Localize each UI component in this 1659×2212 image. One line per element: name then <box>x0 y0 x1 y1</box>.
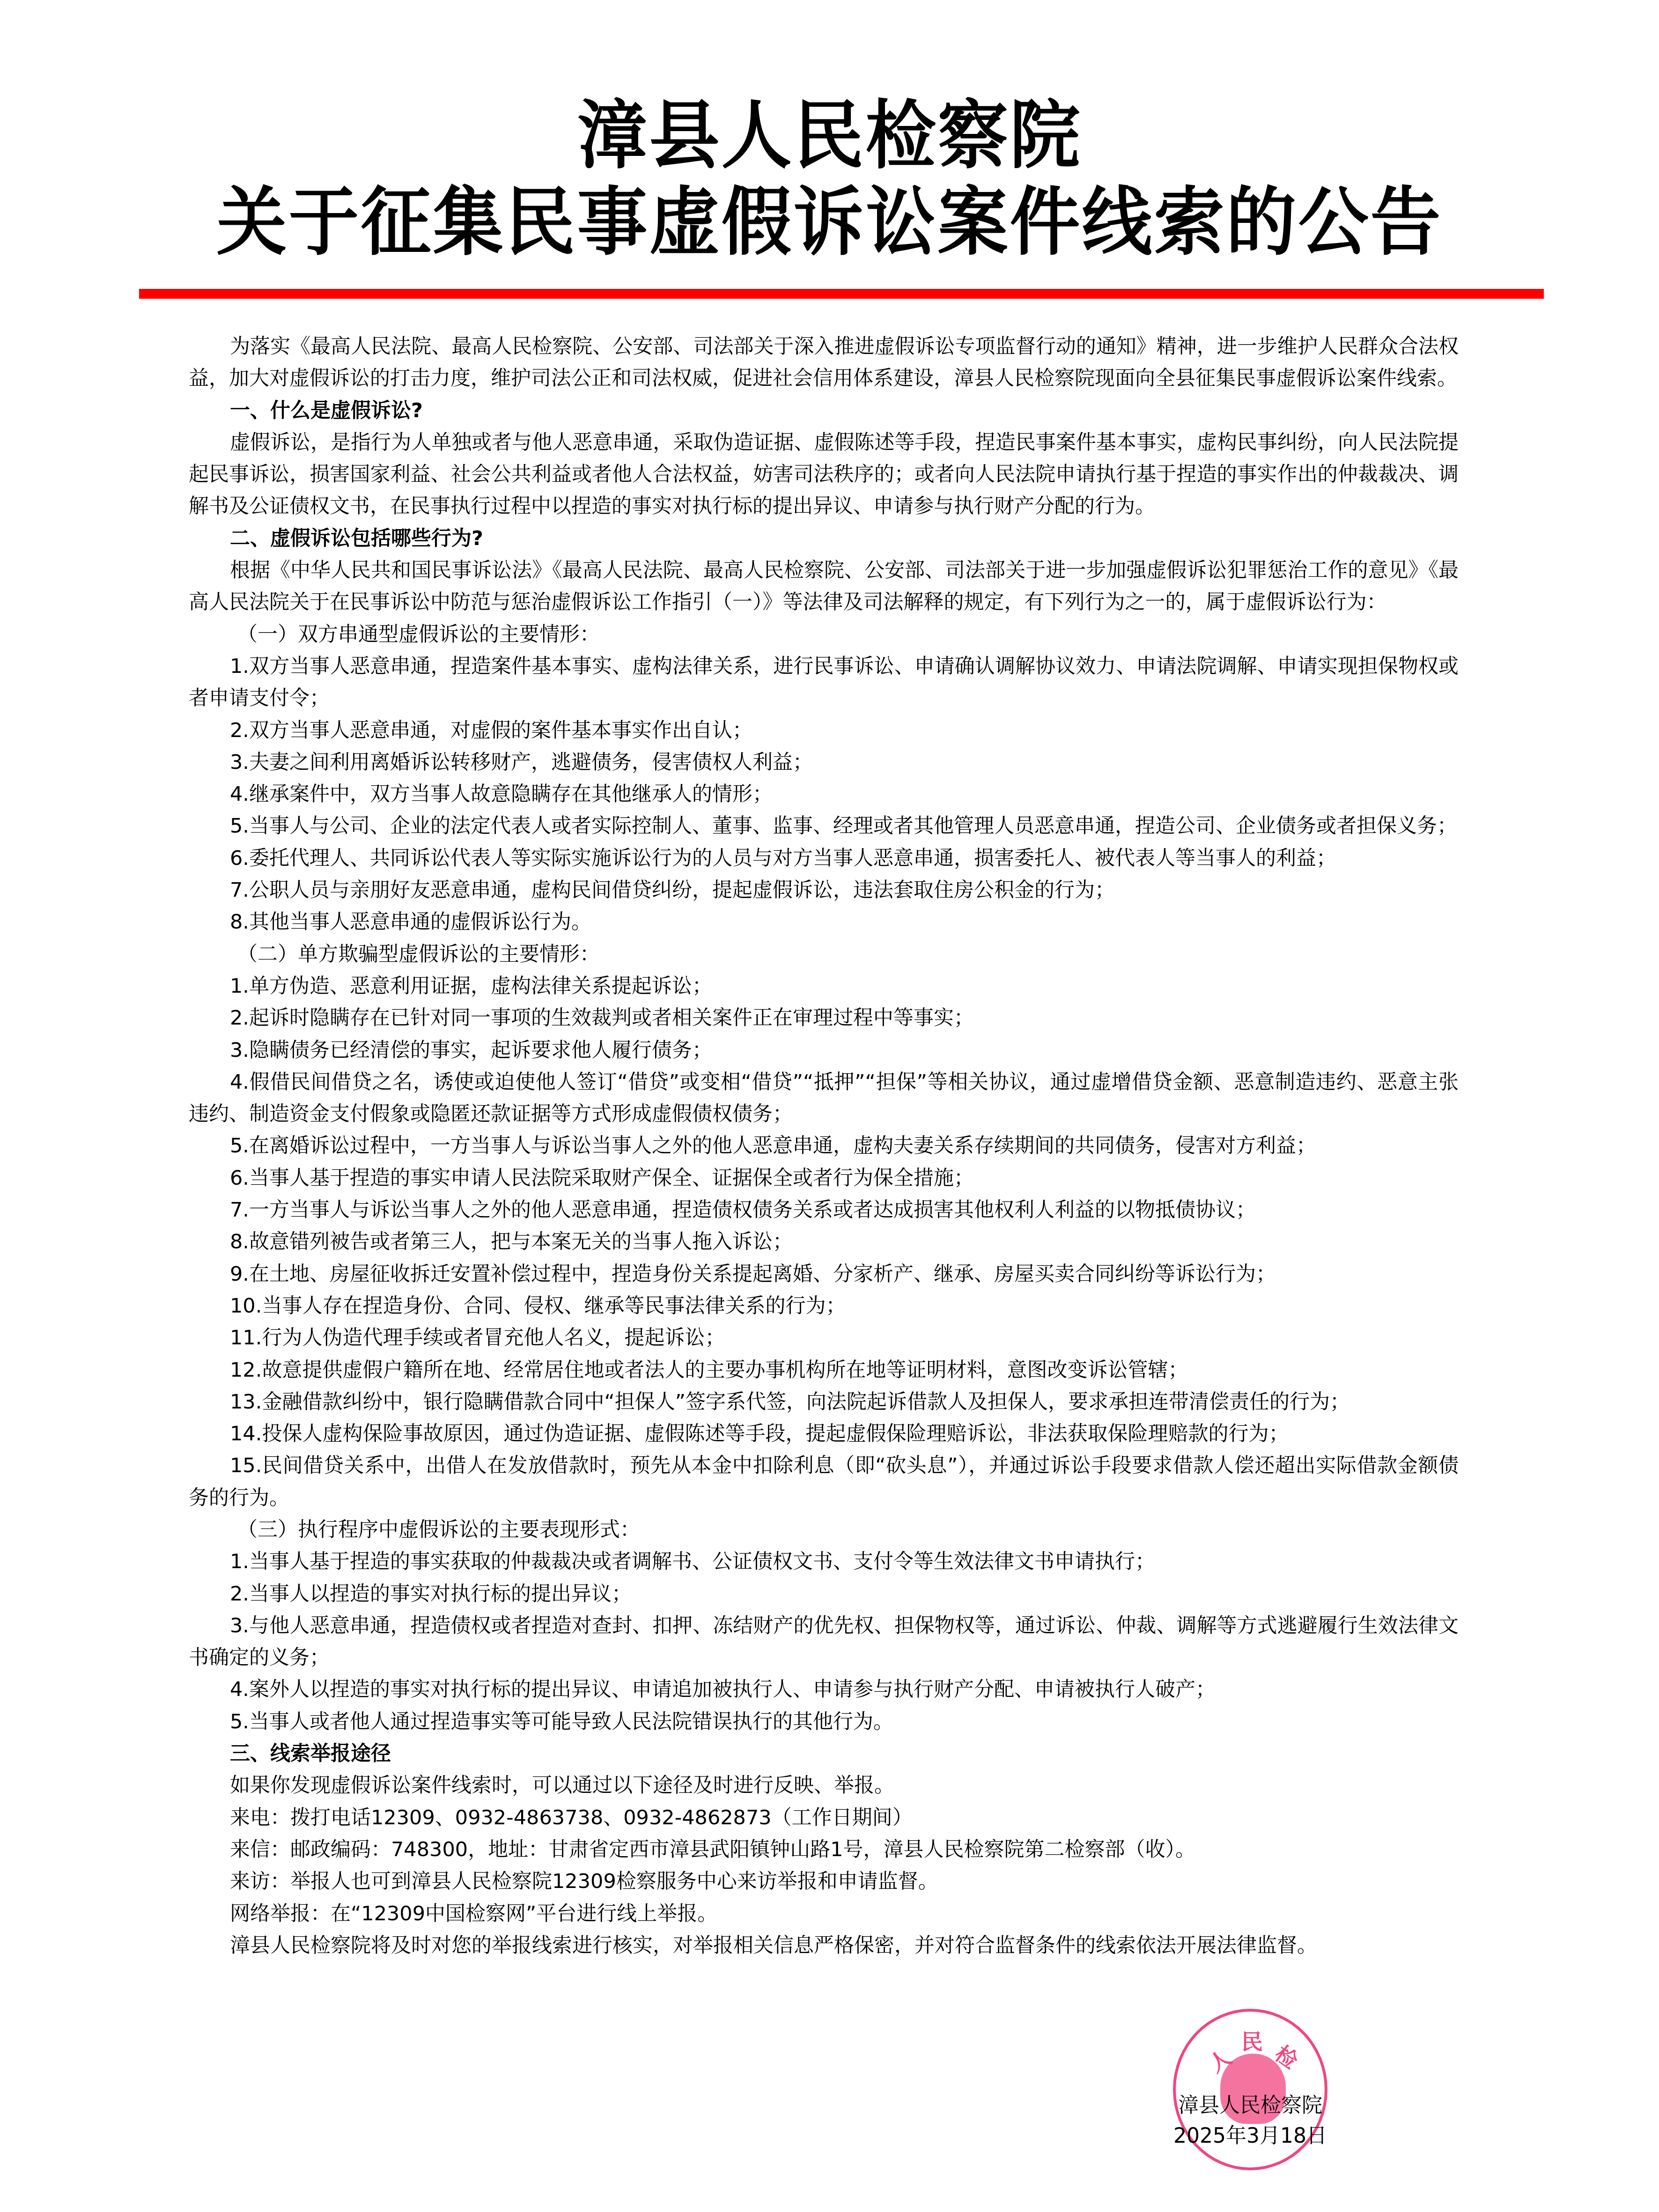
list-item: 12.故意提供虚假户籍所在地、经常居住地或者法人的主要办事机构所在地等证明材料，… <box>189 1354 1459 1386</box>
signature-org: 漳县人民检察院 <box>1147 2088 1353 2118</box>
list-item: 4.案外人以捏造的事实对执行标的提出异议、申请追加被执行人、申请参与执行财产分配… <box>189 1674 1459 1705</box>
list-item: 1.当事人基于捏造的事实获取的仲裁裁决或者调解书、公证债权文书、支付令等生效法律… <box>189 1546 1459 1578</box>
list-item: 2.双方当事人恶意串通，对虚假的案件基本事实作出自认； <box>189 715 1459 746</box>
section-1-heading: 一、什么是虚假诉讼? <box>189 395 1459 427</box>
title-line-1: 漳县人民检察院 <box>0 99 1659 173</box>
confidentiality-line: 漳县人民检察院将及时对您的举报线索进行核实，对举报相关信息严格保密，并对符合监督… <box>189 1930 1459 1961</box>
group-3-title: （三）执行程序中虚假诉讼的主要表现形式： <box>189 1514 1459 1546</box>
seal-char: 民 <box>1241 2025 1263 2056</box>
list-item: 2.起诉时隐瞒存在已针对同一事项的生效裁判或者相关案件正在审理过程中等事实； <box>189 1002 1459 1034</box>
list-item: 1.单方伪造、恶意利用证据，虚构法律关系提起诉讼； <box>189 970 1459 1002</box>
list-item: 1.双方当事人恶意串通，捏造案件基本事实、虚构法律关系，进行民事诉讼、申请确认调… <box>189 650 1459 715</box>
list-item: 11.行为人伪造代理手续或者冒充他人名义，提起诉讼； <box>189 1322 1459 1354</box>
list-item: 7.公职人员与亲朋好友恶意串通，虚构民间借贷纠纷，提起虚假诉讼，违法套取住房公积… <box>189 874 1459 906</box>
report-mail-line: 来信：邮政编码：748300，地址：甘肃省定西市漳县武阳镇钟山路1号，漳县人民检… <box>189 1834 1459 1865</box>
report-channel-line: 如果你发现虚假诉讼案件线索时，可以通过以下途径及时进行反映、举报。 <box>189 1770 1459 1801</box>
section-1-text: 虚假诉讼，是指行为人单独或者与他人恶意串通，采取伪造证据、虚假陈述等手段，捏造民… <box>189 427 1459 523</box>
signature-date: 2025年3月18日 <box>1147 2119 1353 2149</box>
list-item: 6.当事人基于捏造的事实申请人民法院采取财产保全、证据保全或者行为保全措施； <box>189 1162 1459 1194</box>
group-2-title: （二）单方欺骗型虚假诉讼的主要情形： <box>189 938 1459 970</box>
intro-paragraph: 为落实《最高人民法院、最高人民检察院、公安部、司法部关于深入推进虚假诉讼专项监督… <box>189 331 1459 395</box>
list-item: 9.在土地、房屋征收拆迁安置补偿过程中，捏造身份关系提起离婚、分家析产、继承、房… <box>189 1258 1459 1290</box>
report-visit-line: 来访：举报人也可到漳县人民检察院12309检察服务中心来访举报和申请监督。 <box>189 1865 1459 1897</box>
list-item: 7.一方当事人与诉讼当事人之外的他人恶意串通，捏造债权债务关系或者达成损害其他权… <box>189 1194 1459 1226</box>
notice-body: 为落实《最高人民法院、最高人民检察院、公安部、司法部关于深入推进虚假诉讼专项监督… <box>189 331 1459 1961</box>
list-item: 3.隐瞒债务已经清偿的事实，起诉要求他人履行债务； <box>189 1034 1459 1066</box>
list-item: 5.当事人或者他人通过捏造事实等可能导致人民法院错误执行的其他行为。 <box>189 1706 1459 1738</box>
list-item: 14.投保人虚构保险事故原因，通过伪造证据、虚假陈述等手段，提起虚假保险理赔诉讼… <box>189 1418 1459 1450</box>
list-item: 2.当事人以捏造的事实对执行标的提出异议； <box>189 1578 1459 1610</box>
list-item: 4.假借民间借贷之名，诱使或迫使他人签订“借贷”或变相“借贷”“抵押”“担保”等… <box>189 1066 1459 1130</box>
list-item: 3.与他人恶意串通，捏造债权或者捏造对查封、扣押、冻结财产的优先权、担保物权等，… <box>189 1610 1459 1674</box>
section-2-heading: 二、虚假诉讼包括哪些行为? <box>189 523 1459 554</box>
list-item: 6.委托代理人、共同诉讼代表人等实际实施诉讼行为的人员与对方当事人恶意串通，损害… <box>189 842 1459 874</box>
report-online-line: 网络举报：在“12309中国检察网”平台进行线上举报。 <box>189 1898 1459 1930</box>
list-item: 5.当事人与公司、企业的法定代表人或者实际控制人、董事、监事、经理或者其他管理人… <box>189 810 1459 842</box>
group-1-title: （一）双方串通型虚假诉讼的主要情形： <box>189 619 1459 650</box>
title-line-2: 关于征集民事虚假诉讼案件线索的公告 <box>0 185 1659 259</box>
red-divider-rule <box>139 289 1544 299</box>
report-phone-line: 来电：拨打电话12309、0932-4863738、0932-4862873（工… <box>189 1802 1459 1834</box>
list-item: 3.夫妻之间利用离婚诉讼转移财产，逃避债务，侵害债权人利益； <box>189 746 1459 778</box>
list-item: 15.民间借贷关系中，出借人在发放借款时，预先从本金中扣除利息（即“砍头息”），… <box>189 1450 1459 1514</box>
list-item: 13.金融借款纠纷中，银行隐瞒借款合同中“担保人”签字系代签，向法院起诉借款人及… <box>189 1386 1459 1418</box>
list-item: 10.当事人存在捏造身份、合同、侵权、继承等民事法律关系的行为； <box>189 1290 1459 1322</box>
list-item: 8.故意错列被告或者第三人，把与本案无关的当事人拖入诉讼； <box>189 1226 1459 1258</box>
list-item: 8.其他当事人恶意串通的虚假诉讼行为。 <box>189 906 1459 938</box>
section-2-text: 根据《中华人民共和国民事诉讼法》《最高人民法院、最高人民检察院、公安部、司法部关… <box>189 554 1459 619</box>
list-item: 4.继承案件中，双方当事人故意隐瞒存在其他继承人的情形； <box>189 778 1459 810</box>
list-item: 5.在离婚诉讼过程中，一方当事人与诉讼当事人之外的他人恶意串通，虚构夫妻关系存续… <box>189 1130 1459 1162</box>
section-3-heading: 三、线索举报途径 <box>189 1738 1459 1770</box>
